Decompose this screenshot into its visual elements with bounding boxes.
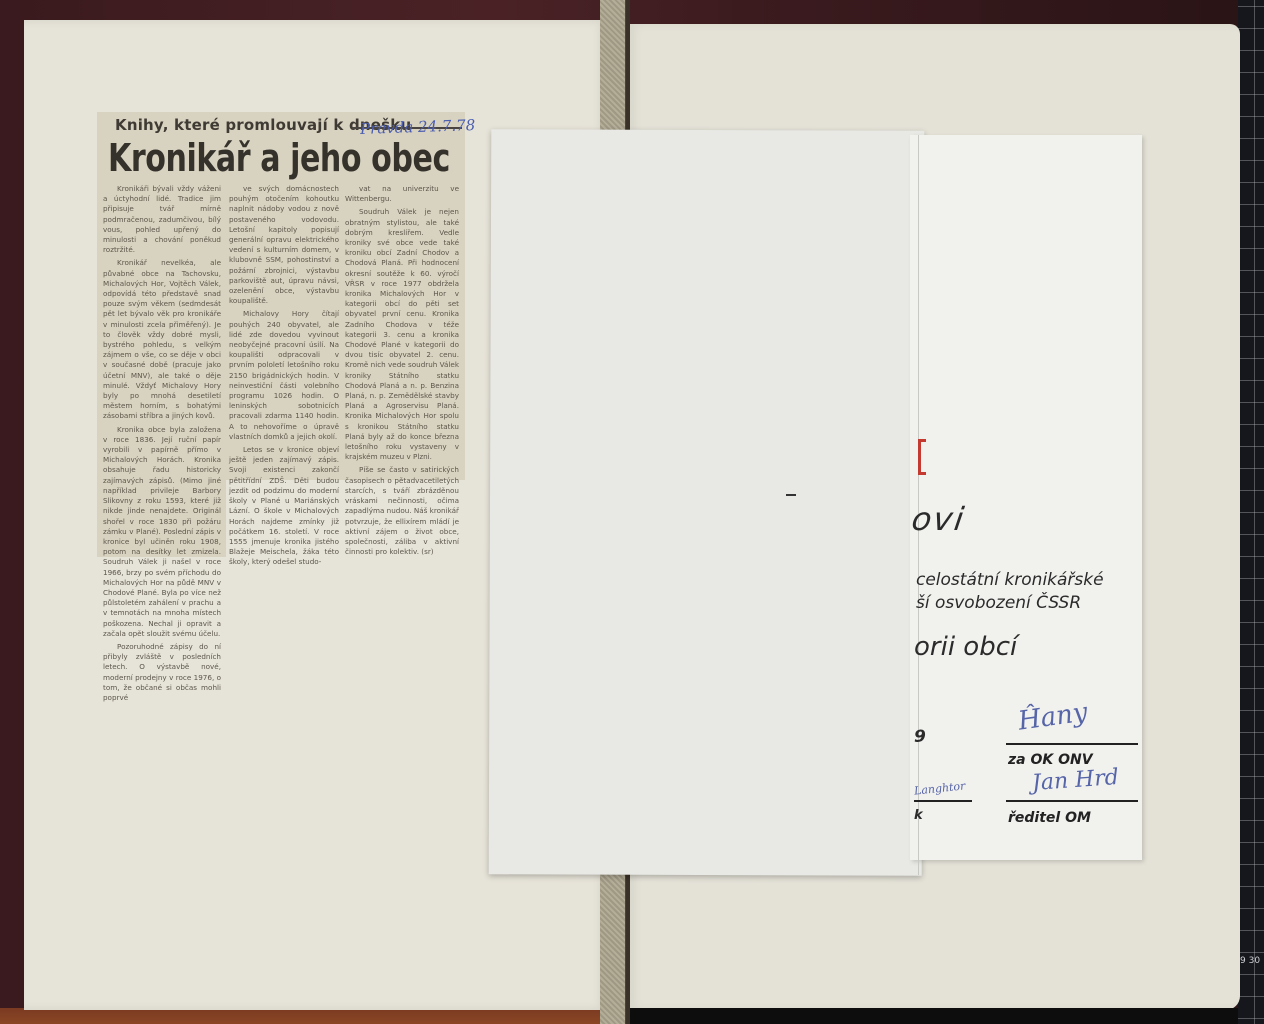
paragraph: Kronikáři bývali vždy váženi a úctyhodní… bbox=[103, 184, 221, 255]
certificate-recipient-fragment: ovi bbox=[909, 500, 968, 538]
pen-mark bbox=[786, 494, 796, 496]
paragraph: Letos se v kronice objeví ještě jeden za… bbox=[229, 445, 339, 567]
certificate-line-1: celostátní kronikářské bbox=[916, 570, 1104, 590]
right-page-bottom-shadow bbox=[626, 1008, 1238, 1024]
signature-line bbox=[914, 800, 972, 802]
certificate-date-fragment: 9 bbox=[914, 727, 926, 747]
signatory-label-ok-onv: za OK ONV bbox=[1008, 752, 1093, 768]
paragraph: Michalovy Hory čítají pouhých 240 obyvat… bbox=[229, 309, 339, 442]
paragraph: vat na univerzitu ve Wittenbergu. bbox=[345, 184, 459, 204]
paragraph: Kronika obce byla založena v roce 1836. … bbox=[103, 425, 221, 639]
book-cover-bottom-edge bbox=[0, 1008, 620, 1024]
certificate-line-2: ší osvobození ČSSR bbox=[916, 593, 1081, 613]
mat-ruler-label: 9 30 bbox=[1240, 956, 1260, 966]
paragraph: Kronikář nevelkéa, ale půvabné obce na T… bbox=[103, 258, 221, 421]
left-signatory-label-fragment: k bbox=[914, 808, 923, 823]
red-bracket-mark bbox=[918, 439, 926, 475]
paragraph: Píše se často v satirických časopisech o… bbox=[345, 465, 459, 557]
paragraph: Pozoruhodné zápisy do ní přibyly zvláště… bbox=[103, 642, 221, 703]
clipping-column-1: Kronikáři bývali vždy váženi a úctyhodní… bbox=[103, 184, 221, 706]
clipping-headline: Kronikář a jeho obec bbox=[108, 136, 450, 180]
signature-line bbox=[1006, 800, 1138, 802]
clipping-column-3: vat na univerzitu ve Wittenbergu. Soudru… bbox=[345, 184, 459, 560]
signature-line bbox=[1006, 743, 1138, 745]
folded-sheet-cover bbox=[489, 129, 925, 876]
signatory-label-director: ředitel OM bbox=[1008, 810, 1091, 826]
paragraph: Soudruh Válek je nejen obratným stylisto… bbox=[345, 207, 459, 462]
certificate-category: orii obcí bbox=[914, 632, 1017, 662]
clipping-column-2: ve svých domácnostech pouhým otočením ko… bbox=[229, 184, 339, 571]
paragraph: ve svých domácnostech pouhým otočením ko… bbox=[229, 184, 339, 306]
